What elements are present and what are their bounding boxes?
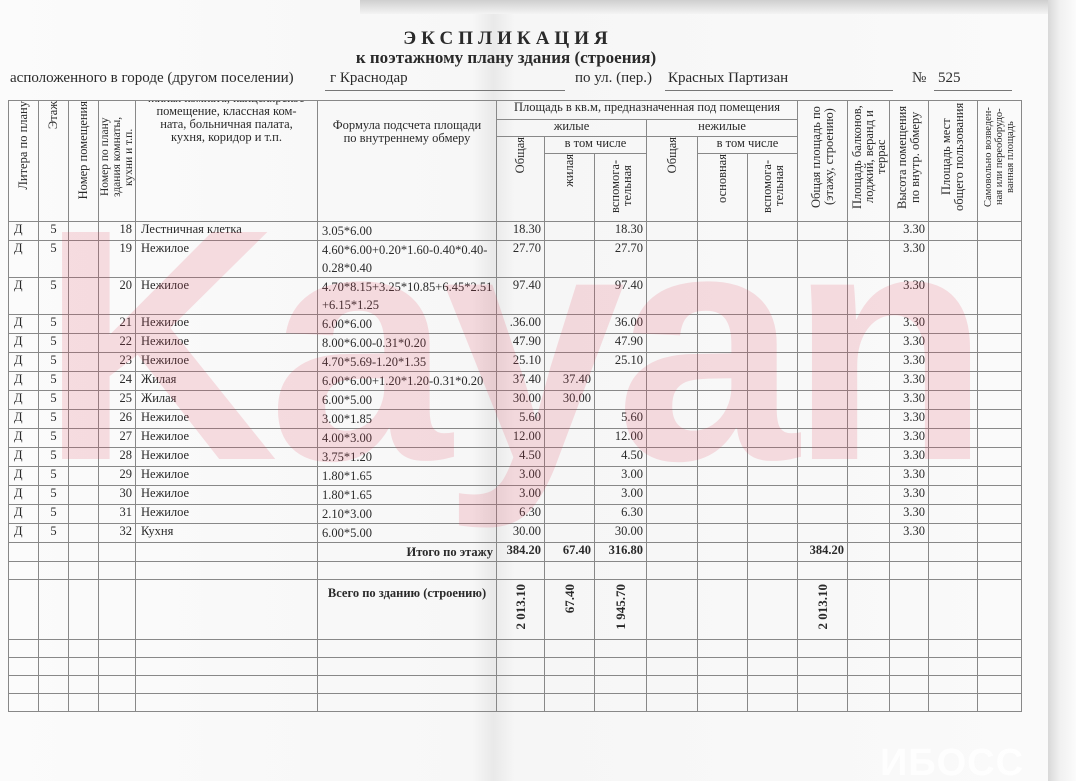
balcony-cell bbox=[848, 334, 890, 353]
unauthorized-cell bbox=[978, 467, 1022, 486]
col-nonres-incl: в том числе bbox=[698, 137, 798, 154]
res-living-cell bbox=[545, 241, 595, 278]
balcony-cell bbox=[848, 278, 890, 315]
nonres-total-cell bbox=[647, 353, 698, 372]
room-no-cell bbox=[69, 353, 99, 372]
location-label: асположенного в городе (другом поселении… bbox=[10, 70, 294, 87]
room-no-cell bbox=[69, 334, 99, 353]
purpose-cell: Нежилое bbox=[136, 467, 318, 486]
floor-total-cell bbox=[798, 429, 848, 448]
floor-cell: 5 bbox=[39, 241, 69, 278]
unauthorized-cell bbox=[978, 410, 1022, 429]
table-row: Д522Нежилое8.00*6.00-0.31*0.2047.9047.90… bbox=[9, 334, 1022, 353]
height-cell: 3.30 bbox=[890, 372, 929, 391]
balcony-cell bbox=[848, 448, 890, 467]
nonres-total-cell bbox=[647, 315, 698, 334]
col-height: Высота помещения по внутр. обмеру bbox=[890, 101, 929, 222]
unauthorized-cell bbox=[978, 315, 1022, 334]
unauthorized-cell bbox=[978, 222, 1022, 241]
col-res-incl: в том числе bbox=[545, 137, 647, 154]
common-cell bbox=[929, 448, 978, 467]
nonres-main-cell bbox=[698, 278, 748, 315]
plan-no-cell: 26 bbox=[99, 410, 136, 429]
balcony-cell bbox=[848, 391, 890, 410]
res-aux-cell: 18.30 bbox=[595, 222, 647, 241]
col-nonres-main: основная bbox=[698, 154, 748, 222]
street-value: Красных Партизан bbox=[668, 70, 788, 87]
litera-cell: Д bbox=[9, 222, 39, 241]
common-cell bbox=[929, 486, 978, 505]
nonres-total-cell bbox=[647, 505, 698, 524]
res-living-cell bbox=[545, 467, 595, 486]
room-no-cell bbox=[69, 429, 99, 448]
floor-cell: 5 bbox=[39, 353, 69, 372]
plan-no-cell: 28 bbox=[99, 448, 136, 467]
table-row: Д519Нежилое4.60*6.00+0.20*1.60-0.40*0.40… bbox=[9, 241, 1022, 278]
nonres-total-cell bbox=[647, 524, 698, 543]
nonres-aux-cell bbox=[748, 372, 798, 391]
res-aux-cell: 25.10 bbox=[595, 353, 647, 372]
purpose-cell: Кухня bbox=[136, 524, 318, 543]
room-no-cell bbox=[69, 372, 99, 391]
col-plan-no: Номер по плану здания комнаты, кухни и т… bbox=[99, 101, 136, 222]
col-balcony: Площадь балконов, лоджий, веранд и терра… bbox=[848, 101, 890, 222]
common-cell bbox=[929, 278, 978, 315]
nonres-total-cell bbox=[647, 372, 698, 391]
height-cell: 3.30 bbox=[890, 353, 929, 372]
nonres-aux-cell bbox=[748, 524, 798, 543]
document-subtitle: к поэтажному плану здания (строения) bbox=[0, 48, 1012, 68]
height-cell: 3.30 bbox=[890, 467, 929, 486]
floor-total-cell bbox=[798, 391, 848, 410]
height-cell: 3.30 bbox=[890, 486, 929, 505]
common-cell bbox=[929, 505, 978, 524]
col-nonresidential: нежилые bbox=[647, 120, 798, 137]
common-cell bbox=[929, 241, 978, 278]
table-row: Д529Нежилое1.80*1.653.003.003.30 bbox=[9, 467, 1022, 486]
plan-no-cell: 27 bbox=[99, 429, 136, 448]
floor-total-value: 384.20 bbox=[497, 543, 545, 562]
formula-cell: 3.00*1.85 bbox=[318, 410, 497, 429]
site-logo: ИБОСС bbox=[880, 742, 1024, 781]
res-total-cell: 18.30 bbox=[497, 222, 545, 241]
document-title: ЭКСПЛИКАЦИЯ bbox=[2, 28, 1014, 50]
nonres-main-cell bbox=[698, 372, 748, 391]
res-living-cell bbox=[545, 429, 595, 448]
floor-cell: 5 bbox=[39, 467, 69, 486]
litera-cell: Д bbox=[9, 334, 39, 353]
purpose-cell: Нежилое bbox=[136, 448, 318, 467]
floor-cell: 5 bbox=[39, 278, 69, 315]
formula-cell: 1.80*1.65 bbox=[318, 486, 497, 505]
col-unauthorized: Самовольно возведен- ная или переоборудо… bbox=[978, 101, 1022, 222]
nonres-total-cell bbox=[647, 334, 698, 353]
height-cell: 3.30 bbox=[890, 315, 929, 334]
res-total-cell: 4.50 bbox=[497, 448, 545, 467]
res-living-cell bbox=[545, 505, 595, 524]
res-aux-cell: 3.00 bbox=[595, 467, 647, 486]
table-row: Д524Жилая6.00*6.00+1.20*1.20-0.31*0.2037… bbox=[9, 372, 1022, 391]
litera-cell: Д bbox=[9, 410, 39, 429]
res-aux-cell: 3.00 bbox=[595, 486, 647, 505]
page-edge bbox=[1048, 0, 1076, 781]
floor-cell: 5 bbox=[39, 524, 69, 543]
litera-cell: Д bbox=[9, 278, 39, 315]
height-cell: 3.30 bbox=[890, 410, 929, 429]
nonres-aux-cell bbox=[748, 334, 798, 353]
plan-no-cell: 21 bbox=[99, 315, 136, 334]
floor-total-label: Итого по этажу bbox=[318, 543, 497, 562]
number-value: 525 bbox=[938, 70, 961, 87]
room-no-cell bbox=[69, 391, 99, 410]
plan-no-cell: 24 bbox=[99, 372, 136, 391]
nonres-total-cell bbox=[647, 410, 698, 429]
room-no-cell bbox=[69, 486, 99, 505]
nonres-aux-cell bbox=[748, 241, 798, 278]
common-cell bbox=[929, 334, 978, 353]
nonres-aux-cell bbox=[748, 315, 798, 334]
building-total-value: 2 013.10 bbox=[497, 580, 545, 640]
res-aux-cell: 4.50 bbox=[595, 448, 647, 467]
nonres-main-cell bbox=[698, 334, 748, 353]
purpose-cell: Жилая bbox=[136, 391, 318, 410]
city-value: г Краснодар bbox=[330, 70, 408, 87]
res-aux-cell: 12.00 bbox=[595, 429, 647, 448]
number-underline bbox=[934, 90, 1012, 91]
nonres-total-cell bbox=[647, 278, 698, 315]
balcony-cell bbox=[848, 505, 890, 524]
res-total-cell: 47.90 bbox=[497, 334, 545, 353]
res-total-cell: 97.40 bbox=[497, 278, 545, 315]
floor-total-cell bbox=[798, 410, 848, 429]
nonres-aux-cell bbox=[748, 448, 798, 467]
height-cell: 3.30 bbox=[890, 278, 929, 315]
plan-no-cell: 31 bbox=[99, 505, 136, 524]
unauthorized-cell bbox=[978, 353, 1022, 372]
floor-total-cell bbox=[798, 448, 848, 467]
nonres-total-cell bbox=[647, 448, 698, 467]
balcony-cell bbox=[848, 353, 890, 372]
common-cell bbox=[929, 391, 978, 410]
floor-total-cell bbox=[798, 524, 848, 543]
floor-cell: 5 bbox=[39, 486, 69, 505]
res-total-cell: 12.00 bbox=[497, 429, 545, 448]
room-no-cell bbox=[69, 241, 99, 278]
unauthorized-cell bbox=[978, 429, 1022, 448]
formula-cell: 8.00*6.00-0.31*0.20 bbox=[318, 334, 497, 353]
balcony-cell bbox=[848, 524, 890, 543]
plan-no-cell: 19 bbox=[99, 241, 136, 278]
floor-total-cell bbox=[798, 486, 848, 505]
floor-cell: 5 bbox=[39, 391, 69, 410]
purpose-cell: Нежилое bbox=[136, 410, 318, 429]
floor-total-cell bbox=[798, 353, 848, 372]
res-total-cell: 5.60 bbox=[497, 410, 545, 429]
unauthorized-cell bbox=[978, 372, 1022, 391]
formula-cell: 6.00*6.00+1.20*1.20-0.31*0.20 bbox=[318, 372, 497, 391]
balcony-cell bbox=[848, 429, 890, 448]
plan-no-cell: 25 bbox=[99, 391, 136, 410]
litera-cell: Д bbox=[9, 241, 39, 278]
floor-cell: 5 bbox=[39, 429, 69, 448]
unauthorized-cell bbox=[978, 505, 1022, 524]
litera-cell: Д bbox=[9, 372, 39, 391]
floor-total-cell bbox=[798, 241, 848, 278]
nonres-total-cell bbox=[647, 391, 698, 410]
balcony-cell bbox=[848, 315, 890, 334]
nonres-main-cell bbox=[698, 505, 748, 524]
res-aux-cell: 6.30 bbox=[595, 505, 647, 524]
room-no-cell bbox=[69, 278, 99, 315]
common-cell bbox=[929, 372, 978, 391]
res-total-cell: 25.10 bbox=[497, 353, 545, 372]
floor-total-cell bbox=[798, 505, 848, 524]
res-living-cell bbox=[545, 278, 595, 315]
floor-total-row: Итого по этажу 384.20 67.40 316.80 384.2… bbox=[9, 543, 1022, 562]
nonres-aux-cell bbox=[748, 222, 798, 241]
balcony-cell bbox=[848, 222, 890, 241]
litera-cell: Д bbox=[9, 448, 39, 467]
building-living-value: 67.40 bbox=[545, 580, 595, 640]
nonres-main-cell bbox=[698, 241, 748, 278]
unauthorized-cell bbox=[978, 486, 1022, 505]
unauthorized-cell bbox=[978, 278, 1022, 315]
plan-no-cell: 23 bbox=[99, 353, 136, 372]
res-living-cell: 37.40 bbox=[545, 372, 595, 391]
nonres-aux-cell bbox=[748, 410, 798, 429]
formula-cell: 3.05*6.00 bbox=[318, 222, 497, 241]
room-no-cell bbox=[69, 524, 99, 543]
col-res-total: Общая bbox=[497, 137, 545, 222]
res-living-cell bbox=[545, 353, 595, 372]
purpose-cell: Нежилое bbox=[136, 486, 318, 505]
plan-no-cell: 32 bbox=[99, 524, 136, 543]
street-label: по ул. (пер.) bbox=[575, 70, 652, 87]
building-total-row: Всего по зданию (строению) 2 013.10 67.4… bbox=[9, 580, 1022, 640]
floor-total-cell bbox=[798, 372, 848, 391]
purpose-cell: Нежилое bbox=[136, 353, 318, 372]
nonres-main-cell bbox=[698, 391, 748, 410]
nonres-main-cell bbox=[698, 448, 748, 467]
nonres-total-cell bbox=[647, 241, 698, 278]
nonres-total-cell bbox=[647, 486, 698, 505]
purpose-cell: Лестничная клетка bbox=[136, 222, 318, 241]
floor-total-cell bbox=[798, 278, 848, 315]
col-purpose: Назначение частей помещения: жилая комна… bbox=[136, 101, 318, 222]
res-aux-cell: 30.00 bbox=[595, 524, 647, 543]
height-cell: 3.30 bbox=[890, 391, 929, 410]
balcony-cell bbox=[848, 241, 890, 278]
balcony-cell bbox=[848, 467, 890, 486]
nonres-total-cell bbox=[647, 467, 698, 486]
res-total-cell: 6.30 bbox=[497, 505, 545, 524]
plan-no-cell: 30 bbox=[99, 486, 136, 505]
table-row: Д520Нежилое4.70*8.15+3.25*10.85+6.45*2.5… bbox=[9, 278, 1022, 315]
explication-table: Литера по плану Этаж Номер помещения Ном… bbox=[8, 100, 1022, 712]
res-total-cell: 27.70 bbox=[497, 241, 545, 278]
plan-no-cell: 20 bbox=[99, 278, 136, 315]
col-formula: Формула подсчета площади по внутреннему … bbox=[318, 101, 497, 222]
floor-cell: 5 bbox=[39, 372, 69, 391]
col-area-group: Площадь в кв.м, предназначенная под поме… bbox=[497, 101, 798, 120]
litera-cell: Д bbox=[9, 315, 39, 334]
col-nonres-total: Общая bbox=[647, 137, 698, 222]
purpose-cell: Нежилое bbox=[136, 429, 318, 448]
table-row: Д525Жилая6.00*5.0030.0030.003.30 bbox=[9, 391, 1022, 410]
res-living-cell bbox=[545, 524, 595, 543]
height-cell: 3.30 bbox=[890, 429, 929, 448]
res-total-cell: .36.00 bbox=[497, 315, 545, 334]
nonres-main-cell bbox=[698, 524, 748, 543]
formula-cell: 6.00*6.00 bbox=[318, 315, 497, 334]
nonres-main-cell bbox=[698, 486, 748, 505]
floor-living-value: 67.40 bbox=[545, 543, 595, 562]
res-total-cell: 30.00 bbox=[497, 391, 545, 410]
purpose-cell: Нежилое bbox=[136, 505, 318, 524]
common-cell bbox=[929, 353, 978, 372]
nonres-main-cell bbox=[698, 222, 748, 241]
purpose-cell: Жилая bbox=[136, 372, 318, 391]
litera-cell: Д bbox=[9, 467, 39, 486]
table-row: Д532Кухня6.00*5.0030.0030.003.30 bbox=[9, 524, 1022, 543]
building-overall-value: 2 013.10 bbox=[798, 580, 848, 640]
col-res-aux: вспомога- тельная bbox=[595, 154, 647, 222]
unauthorized-cell bbox=[978, 524, 1022, 543]
formula-cell: 2.10*3.00 bbox=[318, 505, 497, 524]
table-row: Д527Нежилое4.00*3.0012.0012.003.30 bbox=[9, 429, 1022, 448]
nonres-aux-cell bbox=[748, 391, 798, 410]
table-row: Д523Нежилое4.70*5.69-1.20*1.3525.1025.10… bbox=[9, 353, 1022, 372]
unauthorized-cell bbox=[978, 241, 1022, 278]
floor-cell: 5 bbox=[39, 410, 69, 429]
room-no-cell bbox=[69, 222, 99, 241]
nonres-aux-cell bbox=[748, 467, 798, 486]
res-living-cell bbox=[545, 334, 595, 353]
res-total-cell: 3.00 bbox=[497, 486, 545, 505]
floor-cell: 5 bbox=[39, 315, 69, 334]
formula-cell: 6.00*5.00 bbox=[318, 391, 497, 410]
room-no-cell bbox=[69, 315, 99, 334]
res-aux-cell: 5.60 bbox=[595, 410, 647, 429]
litera-cell: Д bbox=[9, 391, 39, 410]
formula-cell: 3.75*1.20 bbox=[318, 448, 497, 467]
col-room-no: Номер помещения bbox=[69, 101, 99, 222]
col-residential: жилые bbox=[497, 120, 647, 137]
nonres-main-cell bbox=[698, 429, 748, 448]
unauthorized-cell bbox=[978, 334, 1022, 353]
common-cell bbox=[929, 410, 978, 429]
unauthorized-cell bbox=[978, 391, 1022, 410]
res-living-cell bbox=[545, 486, 595, 505]
common-cell bbox=[929, 222, 978, 241]
height-cell: 3.30 bbox=[890, 241, 929, 278]
formula-cell: 4.00*3.00 bbox=[318, 429, 497, 448]
table-row: Д521Нежилое6.00*6.00.36.0036.003.30 bbox=[9, 315, 1022, 334]
nonres-main-cell bbox=[698, 467, 748, 486]
floor-total-cell bbox=[798, 334, 848, 353]
res-living-cell: 30.00 bbox=[545, 391, 595, 410]
res-total-cell: 37.40 bbox=[497, 372, 545, 391]
common-cell bbox=[929, 467, 978, 486]
room-no-cell bbox=[69, 410, 99, 429]
balcony-cell bbox=[848, 372, 890, 391]
floor-cell: 5 bbox=[39, 448, 69, 467]
col-floor-total: Общая площадь по (этажу, строению) bbox=[798, 101, 848, 222]
purpose-cell: Нежилое bbox=[136, 334, 318, 353]
nonres-main-cell bbox=[698, 410, 748, 429]
plan-no-cell: 29 bbox=[99, 467, 136, 486]
res-living-cell bbox=[545, 410, 595, 429]
formula-cell: 6.00*5.00 bbox=[318, 524, 497, 543]
res-living-cell bbox=[545, 315, 595, 334]
formula-cell: 1.80*1.65 bbox=[318, 467, 497, 486]
litera-cell: Д bbox=[9, 353, 39, 372]
nonres-total-cell bbox=[647, 222, 698, 241]
res-total-cell: 3.00 bbox=[497, 467, 545, 486]
height-cell: 3.30 bbox=[890, 505, 929, 524]
res-aux-cell: 36.00 bbox=[595, 315, 647, 334]
floor-total-cell bbox=[798, 315, 848, 334]
res-aux-cell: 97.40 bbox=[595, 278, 647, 315]
room-no-cell bbox=[69, 467, 99, 486]
scan-shadow bbox=[360, 0, 1060, 14]
height-cell: 3.30 bbox=[890, 222, 929, 241]
balcony-cell bbox=[848, 410, 890, 429]
table-row: Д518Лестничная клетка3.05*6.0018.3018.30… bbox=[9, 222, 1022, 241]
nonres-main-cell bbox=[698, 315, 748, 334]
number-label: № bbox=[912, 70, 926, 87]
formula-cell: 4.70*5.69-1.20*1.35 bbox=[318, 353, 497, 372]
floor-aux-value: 316.80 bbox=[595, 543, 647, 562]
floor-total-cell bbox=[798, 467, 848, 486]
purpose-cell: Нежилое bbox=[136, 315, 318, 334]
res-total-cell: 30.00 bbox=[497, 524, 545, 543]
col-common: Площадь мест общего пользования bbox=[929, 101, 978, 222]
litera-cell: Д bbox=[9, 429, 39, 448]
floor-total-cell bbox=[798, 222, 848, 241]
height-cell: 3.30 bbox=[890, 448, 929, 467]
floor-cell: 5 bbox=[39, 222, 69, 241]
col-nonres-aux: вспомога- тельная bbox=[748, 154, 798, 222]
height-cell: 3.30 bbox=[890, 524, 929, 543]
building-total-label: Всего по зданию (строению) bbox=[318, 580, 497, 640]
common-cell bbox=[929, 524, 978, 543]
nonres-aux-cell bbox=[748, 486, 798, 505]
col-floor: Этаж bbox=[39, 101, 69, 222]
res-living-cell bbox=[545, 448, 595, 467]
table-row: Д528Нежилое3.75*1.204.504.503.30 bbox=[9, 448, 1022, 467]
nonres-aux-cell bbox=[748, 353, 798, 372]
nonres-aux-cell bbox=[748, 278, 798, 315]
unauthorized-cell bbox=[978, 448, 1022, 467]
plan-no-cell: 18 bbox=[99, 222, 136, 241]
res-aux-cell bbox=[595, 391, 647, 410]
table-row: Д531Нежилое2.10*3.006.306.303.30 bbox=[9, 505, 1022, 524]
col-res-living: жилая bbox=[545, 154, 595, 222]
litera-cell: Д bbox=[9, 505, 39, 524]
formula-cell: 4.60*6.00+0.20*1.60-0.40*0.40-0.28*0.40 bbox=[318, 241, 497, 278]
litera-cell: Д bbox=[9, 524, 39, 543]
floor-overall-value: 384.20 bbox=[798, 543, 848, 562]
purpose-cell: Нежилое bbox=[136, 241, 318, 278]
city-underline bbox=[325, 90, 565, 91]
litera-cell: Д bbox=[9, 486, 39, 505]
common-cell bbox=[929, 315, 978, 334]
col-litera: Литера по плану bbox=[9, 101, 39, 222]
res-aux-cell bbox=[595, 372, 647, 391]
room-no-cell bbox=[69, 505, 99, 524]
common-cell bbox=[929, 429, 978, 448]
